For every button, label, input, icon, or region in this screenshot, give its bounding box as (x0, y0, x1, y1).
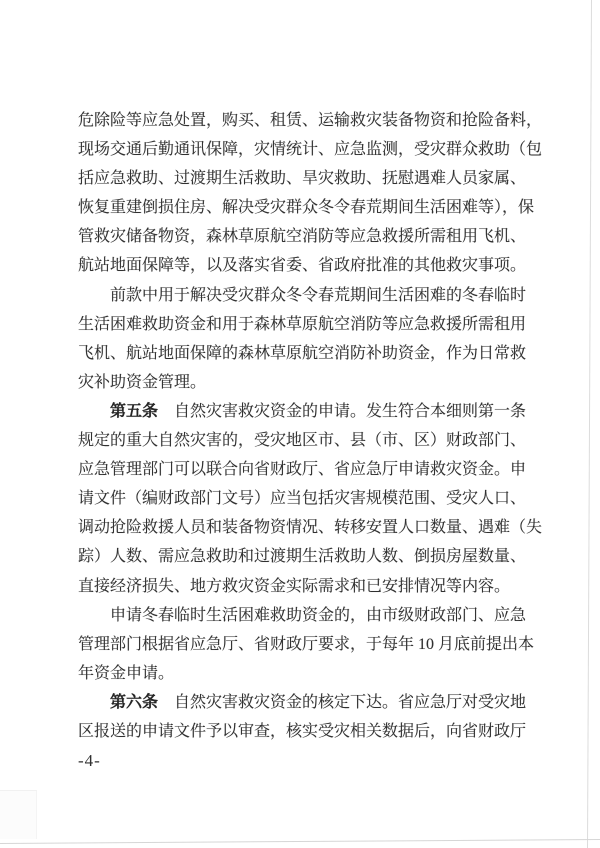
text-line: 申请冬春临时生活困难救助资金的，由市级财政部门、应急 (78, 601, 550, 630)
text-line: 前款中用于解决受灾群众冬令春荒期间生活困难的冬春临时 (78, 281, 550, 310)
text-line-content: 航站地面保障等，以及落实省委、省政府批准的其他救灾事项。 (78, 257, 526, 274)
article-heading: 第五条 (110, 403, 158, 420)
text-line: 区报送的申请文件予以审查，核实受灾相关数据后，向省财政厅 (78, 717, 550, 746)
page-edge-bottom (0, 839, 600, 844)
text-line-content: 前款中用于解决受灾群众冬令春荒期间生活困难的冬春临时 (110, 287, 526, 304)
text-line-content: 括应急救助、过渡期生活救助、旱灾救助、抚慰遇难人员家属、 (78, 170, 526, 187)
text-line-content: 年资金申请。 (78, 665, 174, 682)
document-text: 危除险等应急处置，购买、租赁、运输救灾装备物资和抢险备料，现场交通后勤通讯保障，… (78, 106, 550, 746)
text-line: 生活困难救助资金和用于森林草原航空消防等应急救援所需租用 (78, 310, 550, 339)
page-number: -4- (78, 750, 101, 772)
text-line: 请文件（编财政部门文号）应当包括灾害规模范围、受灾人口、 (78, 484, 550, 513)
article-heading: 第六条 (110, 694, 158, 711)
scan-artifact (0, 790, 37, 839)
text-line-content: 调动抢险救援人员和装备物资情况、转移安置人口数量、遇难（失 (78, 519, 542, 536)
text-line-content: 危除险等应急处置，购买、租赁、运输救灾装备物资和抢险备料， (78, 112, 542, 129)
text-line: 管理部门根据省应急厅、省财政厅要求，于每年 10 月底前提出本 (78, 630, 550, 659)
text-line-content: 应急管理部门可以联合向省财政厅、省应急厅申请救灾资金。申 (78, 461, 526, 478)
text-line-content: 飞机、航站地面保障的森林草原航空消防补助资金，作为日常救 (78, 345, 526, 362)
text-line: 现场交通后勤通讯保障，灾情统计、应急监测，受灾群众救助（包 (78, 135, 550, 164)
text-line-content: 灾补助资金管理。 (78, 374, 206, 391)
text-line-content: 自然灾害救灾资金的申请。发生符合本细则第一条 (158, 403, 526, 420)
text-line: 恢复重建倒损住房、解决受灾群众冬令春荒期间生活困难等），保 (78, 193, 550, 222)
text-line: 规定的重大自然灾害的，受灾地区市、县（市、区）财政部门、 (78, 426, 550, 455)
text-line-content: 踪）人数、需应急救助和过渡期生活救助人数、倒损房屋数量、 (78, 548, 526, 565)
text-line: 直接经济损失、地方救灾资金实际需求和已安排情况等内容。 (78, 572, 550, 601)
text-line: 第五条 自然灾害救灾资金的申请。发生符合本细则第一条 (78, 397, 550, 426)
text-line: 踪）人数、需应急救助和过渡期生活救助人数、倒损房屋数量、 (78, 542, 550, 571)
text-line: 应急管理部门可以联合向省财政厅、省应急厅申请救灾资金。申 (78, 455, 550, 484)
text-line-content: 申请冬春临时生活困难救助资金的，由市级财政部门、应急 (110, 607, 526, 624)
text-line-content: 管理部门根据省应急厅、省财政厅要求，于每年 10 月底前提出本 (78, 636, 534, 653)
document-page: 危除险等应急处置，购买、租赁、运输救灾装备物资和抢险备料，现场交通后勤通讯保障，… (0, 0, 600, 848)
text-line-content: 请文件（编财政部门文号）应当包括灾害规模范围、受灾人口、 (78, 490, 526, 507)
text-line: 危除险等应急处置，购买、租赁、运输救灾装备物资和抢险备料， (78, 106, 550, 135)
text-line: 管救灾储备物资，森林草原航空消防等应急救援所需租用飞机、 (78, 222, 550, 251)
text-line: 括应急救助、过渡期生活救助、旱灾救助、抚慰遇难人员家属、 (78, 164, 550, 193)
text-line-content: 直接经济损失、地方救灾资金实际需求和已安排情况等内容。 (78, 578, 510, 595)
text-line-content: 自然灾害救灾资金的核定下达。省应急厅对受灾地 (158, 694, 526, 711)
text-line: 飞机、航站地面保障的森林草原航空消防补助资金，作为日常救 (78, 339, 550, 368)
text-line: 灾补助资金管理。 (78, 368, 550, 397)
text-line: 航站地面保障等，以及落实省委、省政府批准的其他救灾事项。 (78, 251, 550, 280)
text-line: 年资金申请。 (78, 659, 550, 688)
text-line-content: 生活困难救助资金和用于森林草原航空消防等应急救援所需租用 (78, 316, 526, 333)
text-line-content: 管救灾储备物资，森林草原航空消防等应急救援所需租用飞机、 (78, 228, 526, 245)
text-line: 调动抢险救援人员和装备物资情况、转移安置人口数量、遇难（失 (78, 513, 550, 542)
text-line-content: 恢复重建倒损住房、解决受灾群众冬令春荒期间生活困难等），保 (78, 199, 534, 216)
page-edge-right (587, 0, 592, 848)
text-line-content: 区报送的申请文件予以审查，核实受灾相关数据后，向省财政厅 (78, 723, 526, 740)
text-line-content: 现场交通后勤通讯保障，灾情统计、应急监测，受灾群众救助（包 (78, 141, 542, 158)
text-line-content: 规定的重大自然灾害的，受灾地区市、县（市、区）财政部门、 (78, 432, 526, 449)
text-line: 第六条 自然灾害救灾资金的核定下达。省应急厅对受灾地 (78, 688, 550, 717)
